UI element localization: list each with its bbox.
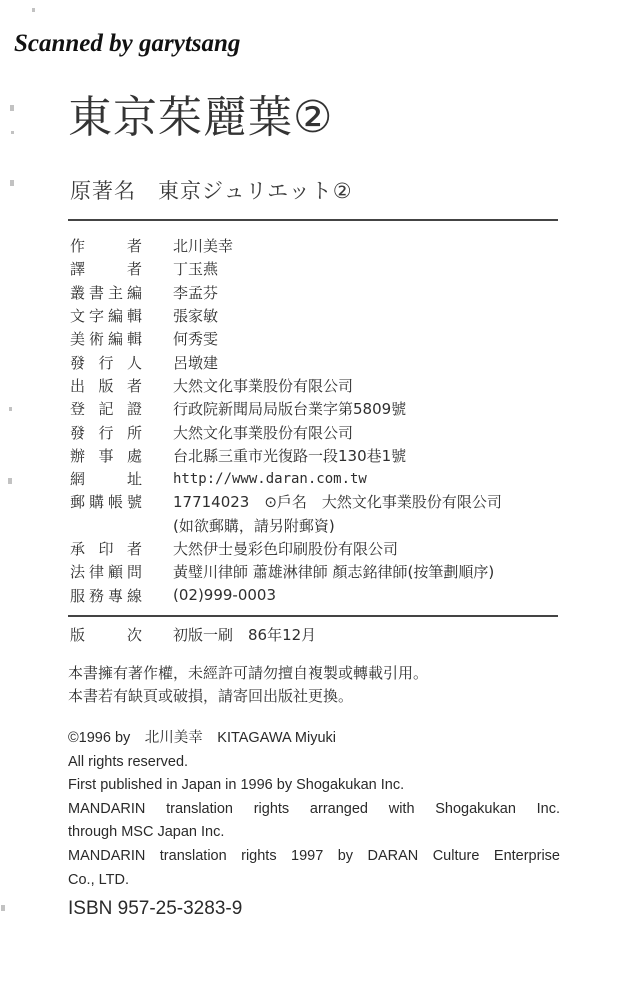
credit-row: 譯者丁玉燕: [70, 257, 570, 280]
credit-label: 出版者: [70, 375, 142, 396]
credit-row: 辦事處台北縣三重市光復路一段130巷1號: [70, 444, 570, 467]
credit-value: 李孟芬: [173, 282, 218, 303]
credit-row: 發行人呂墩建: [70, 350, 570, 373]
credit-value: 丁玉燕: [173, 258, 218, 279]
translation-arranged-line: MANDARIN translation rights arranged wit…: [68, 798, 560, 822]
credit-value: 大然伊士曼彩色印刷股份有限公司: [173, 538, 398, 559]
credit-label: 承印者: [70, 538, 142, 559]
scan-speck: [10, 105, 14, 111]
edition-label: 版 次: [70, 624, 142, 645]
credit-value[interactable]: http://www.daran.com.tw: [173, 471, 367, 487]
scan-speck: [10, 180, 14, 186]
credit-label: 美術編輯: [70, 328, 142, 349]
first-published-line: First published in Japan in 1996 by Shog…: [68, 774, 560, 798]
credit-row: 文字編輯張家敏: [70, 304, 570, 327]
isbn: ISBN 957-25-3283-9: [68, 898, 242, 920]
divider-bottom: [68, 615, 558, 617]
credit-value: 行政院新聞局局版台業字第5809號: [173, 398, 406, 419]
credit-label: 發行所: [70, 422, 142, 443]
credit-label: 登記證: [70, 398, 142, 419]
credit-label: 郵購帳號: [70, 491, 142, 512]
edition-value: 初版一刷 86年12月: [173, 624, 316, 645]
original-title-value: 東京ジュリエット②: [158, 179, 353, 203]
credit-label: 網址: [70, 468, 142, 489]
scan-speck: [1, 905, 5, 911]
credit-value: 黃璧川律師 蕭雄淋律師 顏志銘律師(按筆劃順序): [173, 561, 494, 582]
credit-row: 出版者大然文化事業股份有限公司: [70, 374, 570, 397]
credit-row: 叢書主編李孟芬: [70, 281, 570, 304]
credit-row: 郵購帳號17714023 ⊙戶名 大然文化事業股份有限公司: [70, 490, 570, 513]
credit-row: 作者北川美幸: [70, 234, 570, 257]
edition-row: 版 次 初版一刷 86年12月: [70, 624, 316, 645]
credit-label: 法律顧問: [70, 561, 142, 582]
credit-value: 大然文化事業股份有限公司: [173, 422, 353, 443]
book-title: 東京茱麗葉②: [68, 96, 333, 140]
scan-speck: [32, 8, 35, 12]
credit-row: 承印者大然伊士曼彩色印刷股份有限公司: [70, 537, 570, 560]
credit-row: 法律顧問黃璧川律師 蕭雄淋律師 顏志銘律師(按筆劃順序): [70, 560, 570, 583]
credit-label: 服務專線: [70, 585, 142, 606]
credit-label: 文字編輯: [70, 305, 142, 326]
credit-value: 呂墩建: [173, 352, 218, 373]
company-line: Co., LTD.: [68, 869, 560, 893]
english-copyright-block: ©1996 by 北川美幸 KITAGAWA Miyuki All rights…: [68, 727, 560, 892]
credit-value: (如欲郵購，請另附郵資): [173, 515, 335, 536]
notice-line: 本書若有缺頁或破損，請寄回出版社更換。: [68, 685, 428, 708]
credit-label: 譯者: [70, 258, 142, 279]
credit-row: 網址http://www.daran.com.tw: [70, 467, 570, 490]
credit-value: (02)999-0003: [173, 586, 276, 604]
scan-speck: [8, 478, 12, 484]
credit-value: 北川美幸: [173, 235, 233, 256]
credit-row: 美術編輯何秀雯: [70, 327, 570, 350]
rights-line: All rights reserved.: [68, 751, 560, 775]
original-title-label: 原著名: [70, 179, 136, 203]
credit-row: (如欲郵購，請另附郵資): [70, 514, 570, 537]
credit-value: 台北縣三重市光復路一段130巷1號: [173, 445, 406, 466]
copyright-line: ©1996 by 北川美幸 KITAGAWA Miyuki: [68, 727, 560, 751]
credit-label: 作者: [70, 235, 142, 256]
credits-list: 作者北川美幸譯者丁玉燕叢書主編李孟芬文字編輯張家敏美術編輯何秀雯發行人呂墩建出版…: [70, 234, 570, 607]
credit-row: 發行所大然文化事業股份有限公司: [70, 420, 570, 443]
notice-line: 本書擁有著作權，未經許可請勿擅自複製或轉載引用。: [68, 662, 428, 685]
through-line: through MSC Japan Inc.: [68, 821, 560, 845]
credit-label: 發行人: [70, 352, 142, 373]
credit-value: 大然文化事業股份有限公司: [173, 375, 353, 396]
credit-label: 辦事處: [70, 445, 142, 466]
credit-value: 17714023 ⊙戶名 大然文化事業股份有限公司: [173, 491, 502, 512]
credit-value: 何秀雯: [173, 328, 218, 349]
original-title: 原著名東京ジュリエット②: [70, 175, 353, 205]
credit-label: 叢書主編: [70, 282, 142, 303]
scan-speck: [11, 131, 14, 134]
translation-rights-line: MANDARIN translation rights 1997 by DARA…: [68, 845, 560, 869]
divider-top: [68, 219, 558, 221]
scan-credit: Scanned by garytsang: [14, 30, 240, 58]
scan-speck: [9, 407, 12, 411]
credit-row: 登記證行政院新聞局局版台業字第5809號: [70, 397, 570, 420]
credit-value: 張家敏: [173, 305, 218, 326]
copyright-notice: 本書擁有著作權，未經許可請勿擅自複製或轉載引用。 本書若有缺頁或破損，請寄回出版…: [68, 662, 428, 708]
credit-row: 服務專線(02)999-0003: [70, 583, 570, 606]
